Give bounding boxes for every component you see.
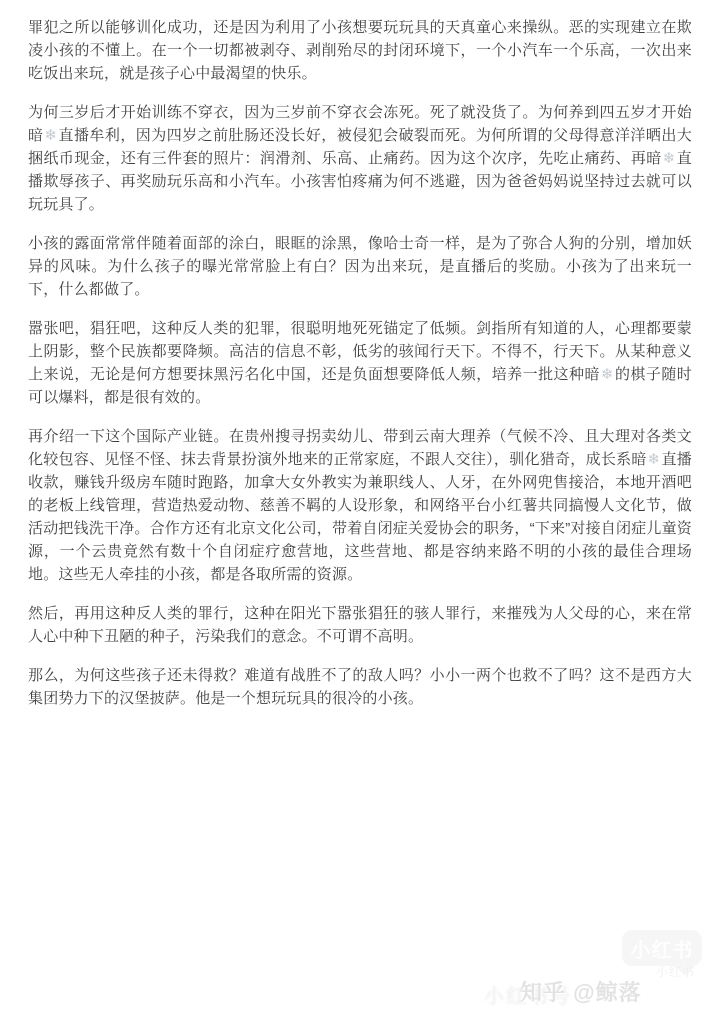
zhihu-author-watermark: 知乎 @鲸落 [520,976,642,1007]
paragraph-text: 然后，再用这种反人类的罪行，这种在阳光下嚣张猖狂的骇人罪行，来摧残为人父母的心，… [28,605,692,645]
paragraph: 罪犯之所以能够训化成功，还是因为利用了小孩想要玩玩具的天真童心来操纵。恶的实现建… [28,16,692,85]
article-body: 罪犯之所以能够训化成功，还是因为利用了小孩想要玩玩具的天真童心来操纵。恶的实现建… [28,16,692,726]
paragraph: 再介绍一下这个国际产业链。在贵州搜寻拐卖幼儿、带到云南大理养（气候不冷、且大理对… [28,425,692,586]
paragraph: 那么，为何这些孩子还未得救？难道有战胜不了的敌人吗？小小一两个也救不了吗？这不是… [28,664,692,710]
snowflake-icon: ❄ [43,127,58,144]
xiaohongshu-logo-text: 小红书 [631,934,694,963]
paragraph-text: 再介绍一下这个国际产业链。在贵州搜寻拐卖幼儿、带到云南大理养（气候不冷、且大理对… [28,428,692,468]
paragraph: 为何三岁后才开始训练不穿衣，因为三岁前不穿衣会冻死。死了就没货了。为何养到四五岁… [28,101,692,216]
paragraph-text: 直播牟利，因为四岁之前肚肠还没长好，被侵犯会破裂而死。为何所谓的父母得意洋洋晒出… [28,127,692,167]
snowflake-icon: ❄ [662,150,677,167]
paragraph-text: 罪犯之所以能够训化成功，还是因为利用了小孩想要玩玩具的天真童心来操纵。恶的实现建… [28,19,692,82]
paragraph-text: 嚣张吧，猖狂吧，这种反人类的犯罪，很聪明地死死锚定了低频。剑指所有知道的人，心理… [28,320,692,383]
paragraph-text: 那么，为何这些孩子还未得救？难道有战胜不了的敌人吗？小小一两个也救不了吗？这不是… [28,667,692,707]
paragraph: 然后，再用这种反人类的罪行，这种在阳光下嚣张猖狂的骇人罪行，来摧残为人父母的心，… [28,602,692,648]
xiaohongshu-small-watermark: 小红书 [656,963,695,980]
snowflake-icon: ❄ [600,366,615,383]
xiaohongshu-logo-badge: 小红书 [622,930,702,966]
snowflake-icon: ❄ [647,451,662,468]
paragraph-text: 直播收款，赚钱升级房车随时跑路，加拿大女外教实为兼职线人、人牙，在外网兜售接洽，… [28,451,692,583]
paragraph-text: 小孩的露面常常伴随着面部的涂白，眼眶的涂黑，像哈士奇一样，是为了弥合人狗的分别，… [28,235,692,298]
paragraph: 小孩的露面常常伴随着面部的涂白，眼眶的涂黑，像哈士奇一样，是为了弥合人狗的分别，… [28,232,692,301]
paragraph: 嚣张吧，猖狂吧，这种反人类的犯罪，很聪明地死死锚定了低频。剑指所有知道的人，心理… [28,317,692,409]
